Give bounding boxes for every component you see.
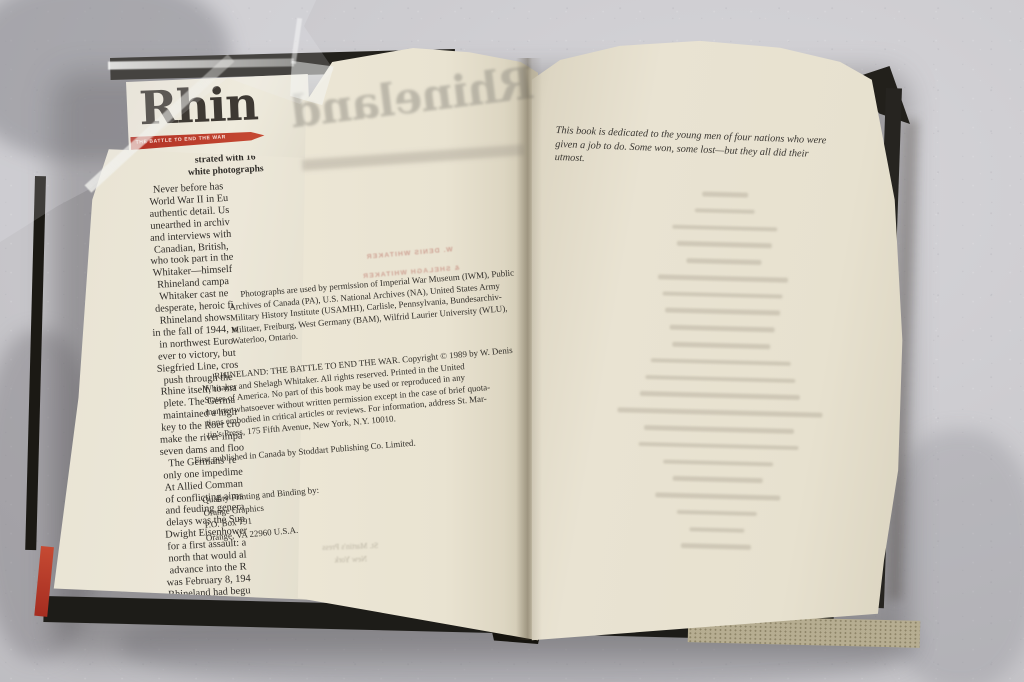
showthrough-line: [689, 527, 744, 533]
showthrough-line: [695, 208, 755, 214]
showthrough-line: [672, 224, 777, 231]
showthrough-line: [651, 358, 791, 366]
contents-showthrough: [575, 188, 865, 595]
showthrough-line: [639, 442, 799, 451]
showthrough-line: [676, 241, 771, 248]
showthrough-line: [645, 375, 795, 384]
publisher-showthrough: St. Martin's Press New York: [288, 538, 414, 568]
showthrough-line: [677, 510, 757, 517]
showthrough-line: [681, 543, 751, 549]
showthrough-line: [673, 476, 763, 483]
showthrough-line: [702, 191, 748, 197]
book-gutter-shadow: [516, 58, 542, 640]
showthrough-line: [640, 391, 800, 400]
showthrough-line: [617, 407, 822, 417]
showthrough-line: [658, 274, 788, 282]
showthrough-line: [644, 425, 794, 434]
showthrough-line: [663, 459, 773, 466]
showthrough-line: [665, 308, 780, 316]
showthrough-line: [672, 342, 770, 349]
showthrough-line: [686, 258, 761, 265]
showthrough-line: [663, 291, 783, 299]
showthrough-line: [655, 492, 780, 500]
showthrough-line: [669, 325, 774, 332]
photo-scene: Rhin THE BATTLE TO END THE WAR strated w…: [0, 0, 1024, 682]
